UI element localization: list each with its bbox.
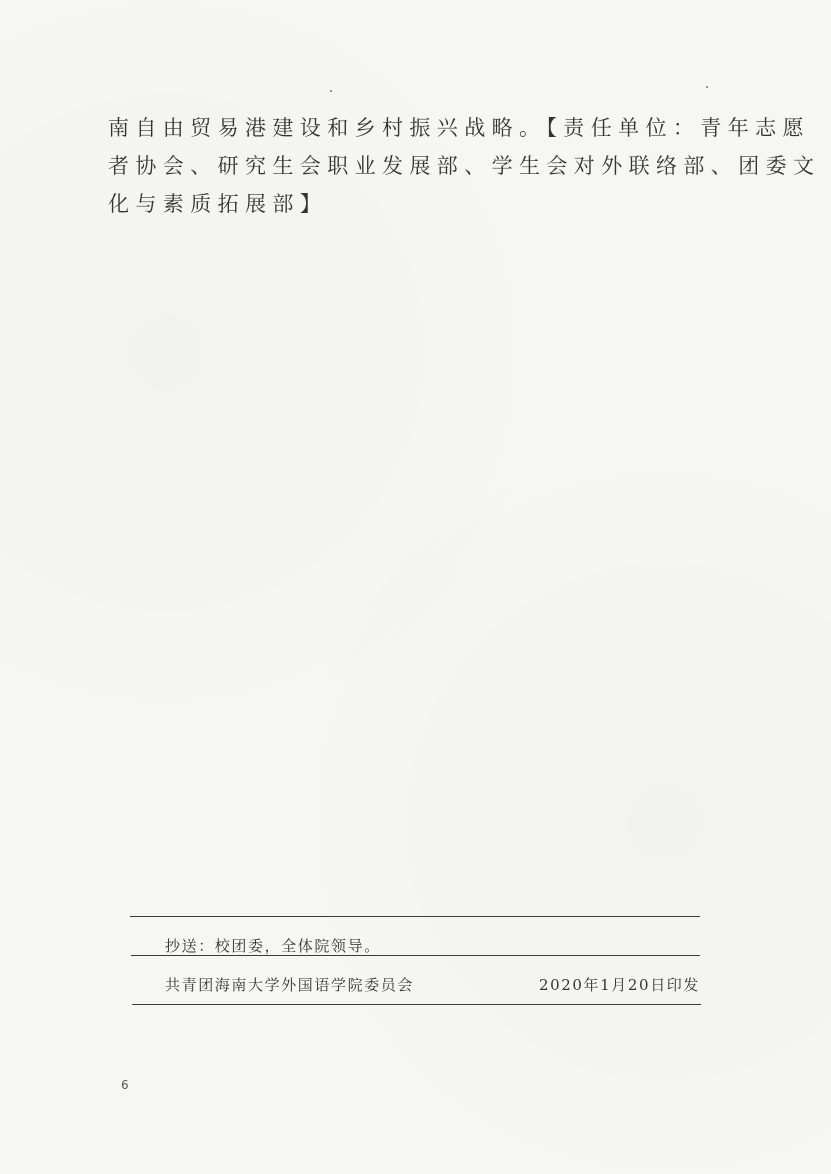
issuer-name: 共青团海南大学外国语学院委员会 xyxy=(165,974,414,995)
body-line: 化与素质拓展部】 xyxy=(108,185,698,223)
footer-rule-bottom xyxy=(132,1004,701,1005)
document-page: 南自由贸易港建设和乡村振兴战略。【责任单位：青年志愿 者协会、研究生会职业发展部… xyxy=(0,0,831,1174)
body-line: 者协会、研究生会职业发展部、学生会对外联络部、团委文 xyxy=(108,147,698,185)
body-line: 南自由贸易港建设和乡村振兴战略。【责任单位：青年志愿 xyxy=(108,109,698,147)
issue-date: 2020年1月20日印发 xyxy=(539,974,700,995)
footer-rule-top xyxy=(130,916,700,917)
body-paragraph: 南自由贸易港建设和乡村振兴战略。【责任单位：青年志愿 者协会、研究生会职业发展部… xyxy=(108,109,698,223)
footer-rule-middle xyxy=(131,955,700,956)
scan-speck xyxy=(330,90,332,92)
scan-speck xyxy=(706,86,708,88)
page-number: 6 xyxy=(121,1078,129,1092)
cc-line: 抄送：校团委，全体院领导。 xyxy=(165,935,700,956)
issuer-line: 共青团海南大学外国语学院委员会 2020年1月20日印发 xyxy=(165,974,700,995)
